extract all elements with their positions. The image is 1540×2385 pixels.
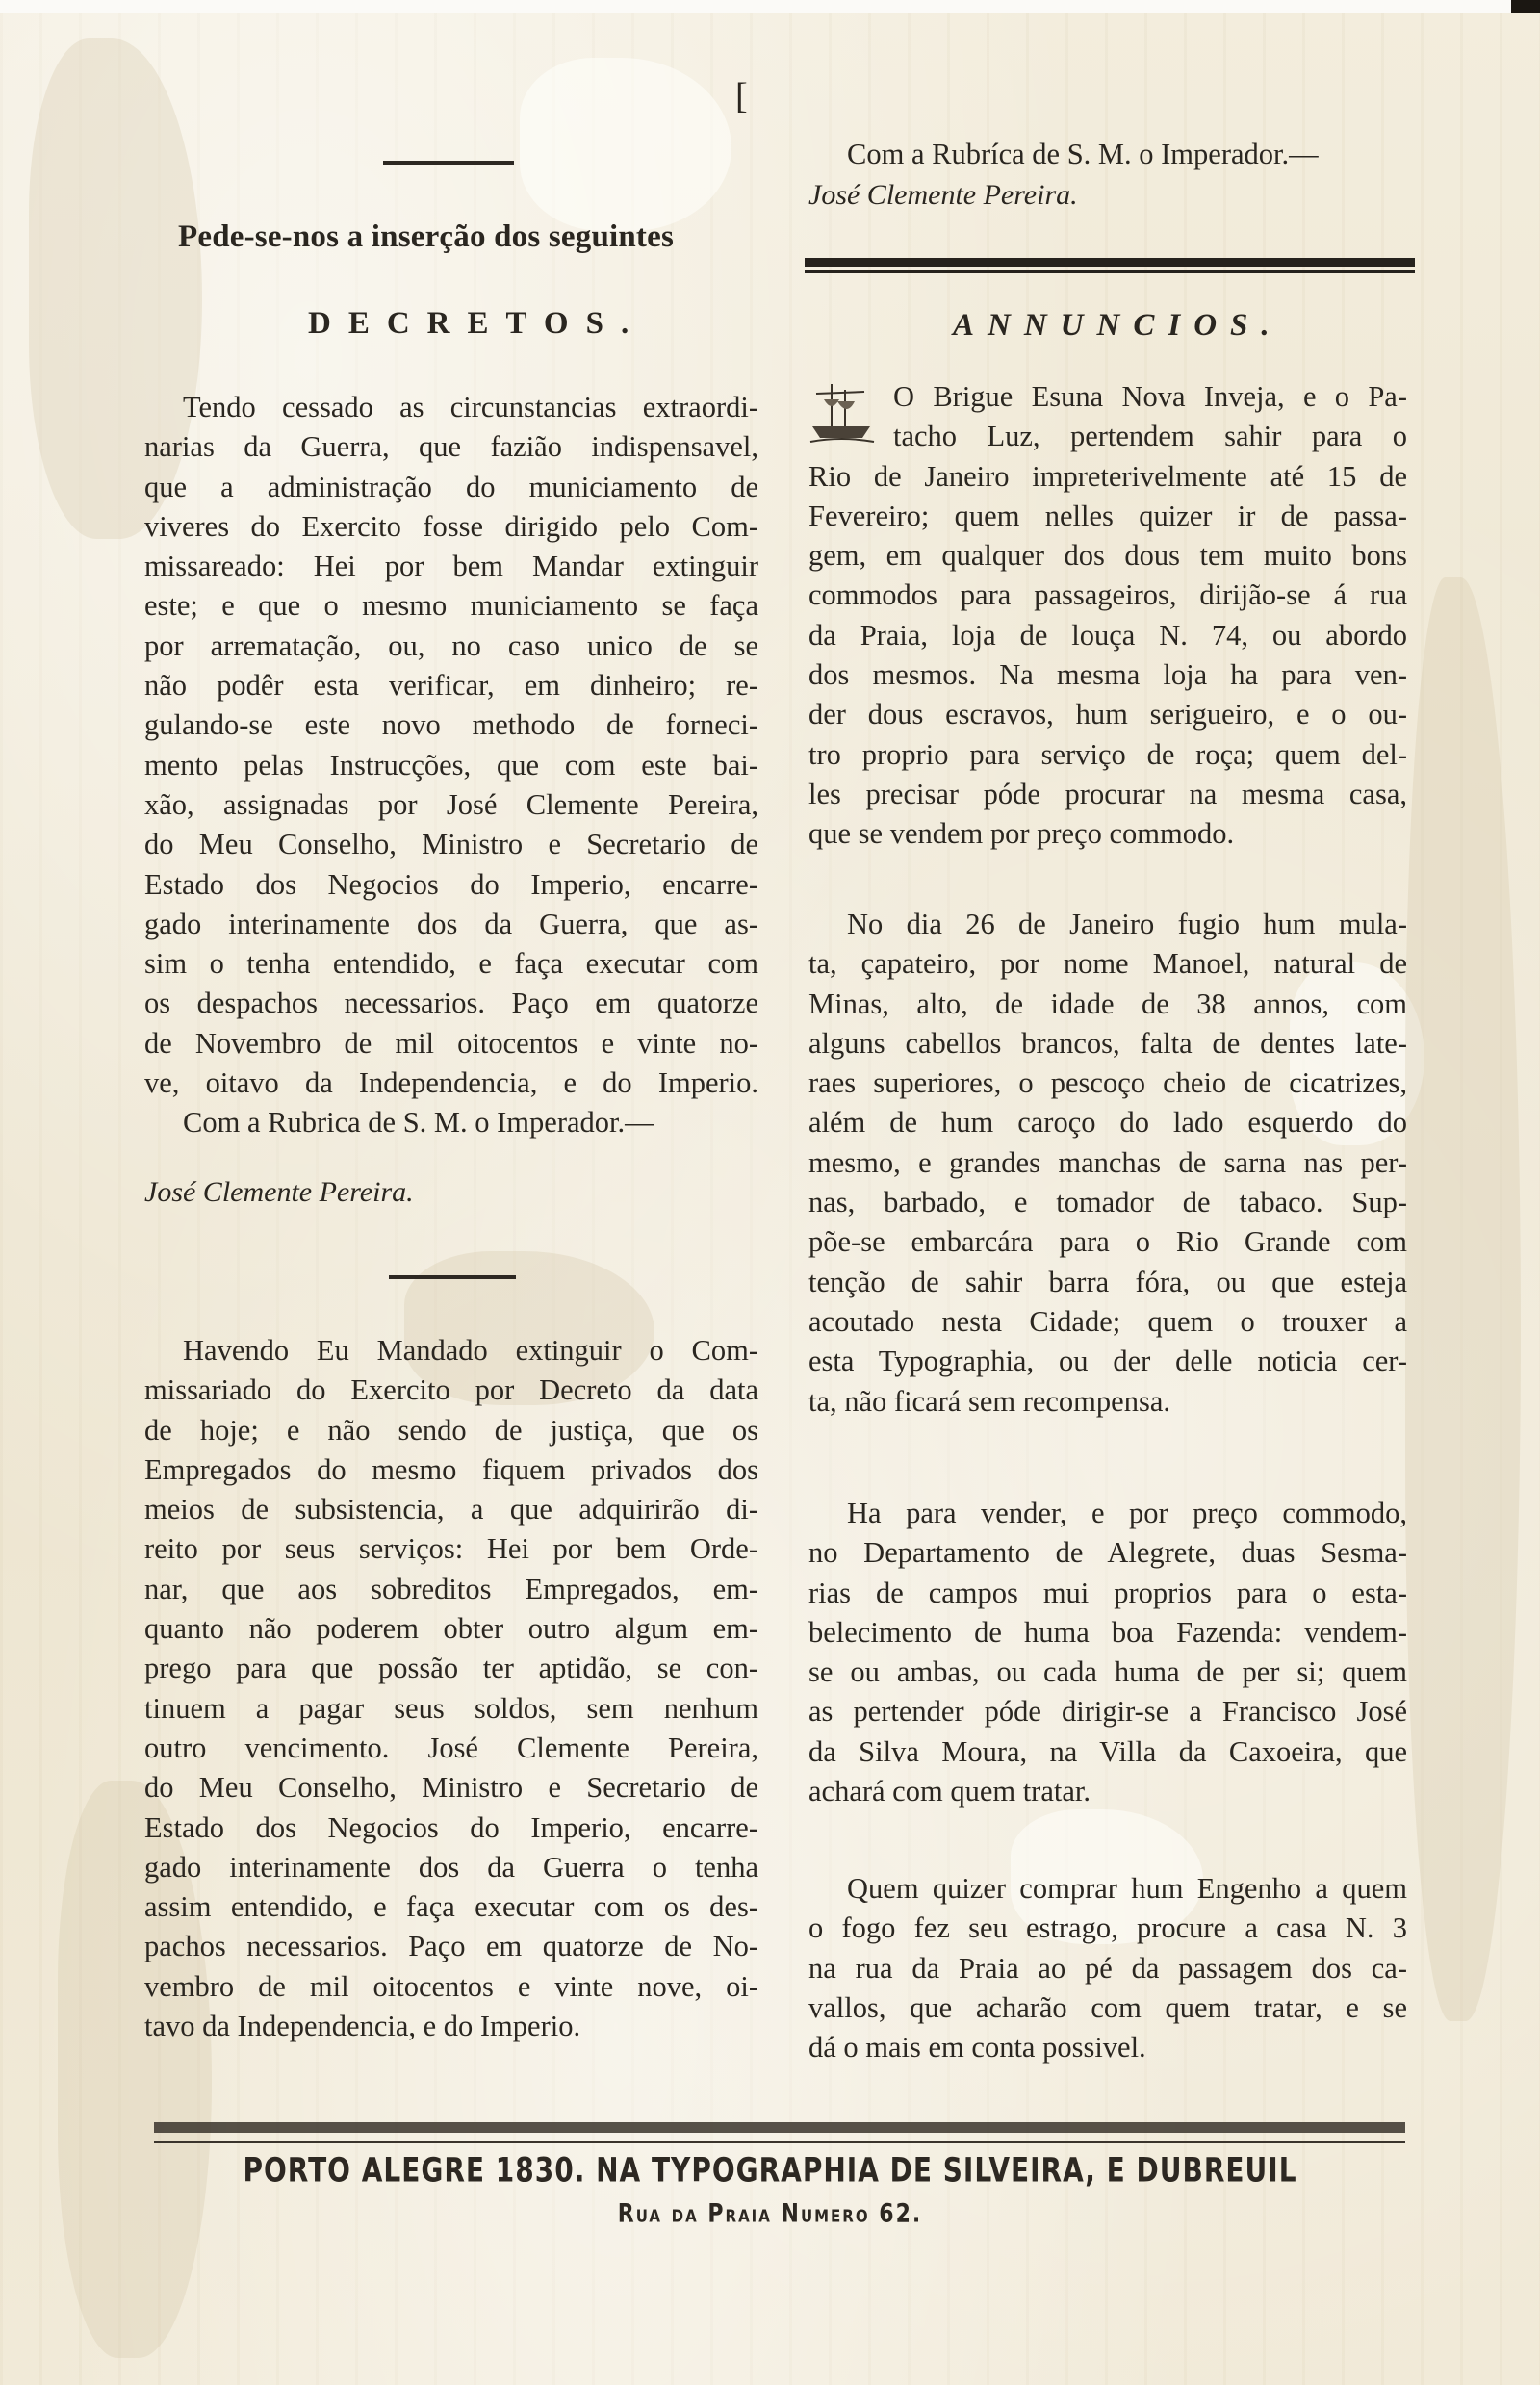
text-line: commodos para passageiros, dirijão-se á … [808, 576, 1407, 615]
ad-runaway-notice: No dia 26 de Janeiro fugio hum mula- ta,… [808, 905, 1407, 1422]
text-line: Empregados do mesmo fiquem privados dos [144, 1450, 758, 1490]
text-line: Minas, alto, de idade de 38 annos, com [808, 985, 1407, 1024]
section-rule [383, 161, 514, 165]
text-line: os despachos necessarios. Paço em quator… [144, 984, 758, 1023]
text-line: Estado dos Negocios do Imperio, encarre- [144, 865, 758, 905]
text-line: do Meu Conselho, Ministro e Secretario d… [144, 825, 758, 864]
text-line: ta, çapateiro, por nome Manoel, natural … [808, 944, 1407, 984]
text-line: Ha para vender, e por preço commodo, [808, 1494, 1407, 1533]
text-line: ve, oitavo da Independencia, e do Imperi… [144, 1064, 758, 1103]
text-line: gado interinamente dos da Guerra, que as… [144, 905, 758, 944]
text-line: narias da Guerra, que fazião indispensav… [144, 427, 758, 467]
text-line: xão, assignadas por José Clemente Pereir… [144, 785, 758, 825]
ad-mill-sale: Quem quizer comprar hum Engenho a quem o… [808, 1869, 1407, 2067]
text-line: que se vendem por preço commodo. [808, 814, 1407, 854]
text-line: raes superiores, o pescoço cheio de cica… [808, 1064, 1407, 1103]
text-line: não podêr esta verificar, em dinheiro; r… [144, 666, 758, 705]
text-line: da Silva Moura, na Villa da Caxoeira, qu… [808, 1732, 1407, 1772]
text-line: belecimento de huma boa Fazenda: vendem- [808, 1613, 1407, 1653]
text-line: gado interinamente dos da Guerra o tenha [144, 1848, 758, 1887]
text-line: reito por seus serviços: Hei por bem Ord… [144, 1529, 758, 1569]
text-line: No dia 26 de Janeiro fugio hum mula- [808, 905, 1407, 944]
announcements-heading: ANNUNCIOS. [953, 308, 1283, 344]
text-line: Fevereiro; quem nelles quizer ir de pass… [808, 497, 1407, 536]
text-line: que a administração do municiamento de [144, 468, 758, 507]
text-line: missariado do Exercito por Decreto da da… [144, 1371, 758, 1410]
text-line: meios de subsistencia, a que adquirirão … [144, 1490, 758, 1529]
text-line: do Meu Conselho, Ministro e Secretario d… [144, 1768, 758, 1808]
text-line: gulando-se este novo methodo de forneci- [144, 705, 758, 745]
text-line: por arrematação, ou, no caso unico de se [144, 627, 758, 666]
text-line: além de hum caroço do lado esquerdo do [808, 1103, 1407, 1142]
scan-edge [0, 0, 1540, 13]
newspaper-page: [ Pede-se-nos a inserção dos seguintes D… [0, 0, 1540, 2385]
printer-address: Rua da Praia Numero 62. [0, 2200, 1540, 2229]
text-line: achará com quem tratar. [808, 1772, 1407, 1811]
text-line: vembro de mil oitocentos e vinte nove, o… [144, 1967, 758, 2007]
text-line: dos mesmos. Na mesma loja ha para ven- [808, 655, 1407, 695]
text-line: quanto não poderem obter outro algum em- [144, 1609, 758, 1649]
text-line: rias de campos mui proprios para o esta- [808, 1574, 1407, 1613]
text-line: Quem quizer comprar hum Engenho a quem [808, 1869, 1407, 1909]
text-line: Havendo Eu Mandado extinguir o Com- [144, 1331, 758, 1371]
printer-imprint: PORTO ALEGRE 1830. NA TYPOGRAPHIA DE SIL… [0, 2150, 1540, 2190]
text-line: der dous escravos, hum serigueiro, e o o… [808, 695, 1407, 734]
text-line: na rua da Praia ao pé da passagem dos ca… [808, 1949, 1407, 1988]
text-line: dá o mais em conta possivel. [808, 2028, 1407, 2067]
water-stain [520, 58, 731, 231]
text-line: alguns cabellos brancos, falta de dentes… [808, 1024, 1407, 1064]
text-line: sim o tenha entendido, e faça executar c… [144, 944, 758, 984]
text-line: de hoje; e não sendo de justiça, que os [144, 1411, 758, 1450]
text-line: tavo da Independencia, e do Imperio. [144, 2007, 758, 2046]
text-line: outro vencimento. José Clemente Pereira, [144, 1729, 758, 1768]
text-line: tro proprio para serviço de roça; quem d… [808, 735, 1407, 775]
signature: José Clemente Pereira. [808, 179, 1078, 212]
text-line: Estado dos Negocios do Imperio, encarre- [144, 1808, 758, 1848]
text-line: no Departamento de Alegrete, duas Sesma- [808, 1533, 1407, 1573]
ad-land-sale: Ha para vender, e por preço commodo, no … [808, 1494, 1407, 1811]
ad-ship-departure: O Brigue Esuna Nova Inveja, e o Pa- tach… [808, 377, 1407, 855]
text-line: viveres do Exercito fosse dirigido pelo … [144, 507, 758, 547]
text-line: tacho Luz, pertendem sahir para o [808, 417, 1407, 456]
decree-2-text: Havendo Eu Mandado extinguir o Com- miss… [144, 1331, 758, 2046]
text-line: da Praia, loja de louça N. 74, ou abordo [808, 616, 1407, 655]
text-line: tenção de sahir barra fóra, ou que estej… [808, 1263, 1407, 1302]
text-line: gem, em qualquer dos dous tem muito bons [808, 536, 1407, 576]
text-line: tinuem a pagar seus soldos, sem nenhum [144, 1689, 758, 1729]
water-stain [1405, 577, 1521, 2021]
text-line: vallos, que acharão com quem tratar, e s… [808, 1988, 1407, 2028]
text-line: mesmo, e grandes manchas de sarna nas pe… [808, 1143, 1407, 1183]
text-line: de Novembro de mil oitocentos e vinte no… [144, 1024, 758, 1064]
text-line: pachos necessarios. Paço em quatorze de … [144, 1927, 758, 1966]
text-line: se ou ambas, ou cada huma de per si; que… [808, 1653, 1407, 1692]
rubric-line: Com a Rubríca de S. M. o Imperador.— [808, 135, 1405, 174]
text-line: Rio de Janeiro impreterivelmente até 15 … [808, 457, 1407, 497]
text-line: este; e que o mesmo municiamento se faça [144, 586, 758, 626]
text-line: les precisar póde procurar na mesma casa… [808, 775, 1407, 814]
text-line: prego para que possão ter aptidão, se co… [144, 1649, 758, 1688]
text-line: põe-se embarcára para o Rio Grande com [808, 1222, 1407, 1262]
intro-line: Pede-se-nos a inserção dos seguintes [178, 219, 674, 255]
decrees-heading: DECRETOS. [308, 306, 646, 342]
decree-1-text: Tendo cessado as circunstancias extraord… [144, 388, 758, 1143]
text-line: as pertender póde dirigir-se a Francisco… [808, 1692, 1407, 1731]
text-line: missareado: Hei por bem Mandar extinguir [144, 547, 758, 586]
text-line: o fogo fez seu estrago, procure a casa N… [808, 1909, 1407, 1948]
text-line: mento pelas Instrucções, que com este ba… [144, 746, 758, 785]
text-line: O Brigue Esuna Nova Inveja, e o Pa- [808, 377, 1407, 417]
footer-double-rule [154, 2122, 1405, 2143]
text-line: esta Typographia, ou der delle noticia c… [808, 1342, 1407, 1381]
page-marker: [ [735, 75, 748, 117]
text-line: assim entendido, e faça executar com os … [144, 1887, 758, 1927]
signature: José Clemente Pereira. [144, 1176, 414, 1209]
text-line: acoutado nesta Cidade; quem o trouxer a [808, 1302, 1407, 1342]
section-rule [389, 1275, 516, 1279]
text-line: ta, não ficará sem recompensa. [808, 1382, 1407, 1422]
text-line: Tendo cessado as circunstancias extraord… [144, 388, 758, 427]
text-line: nar, que aos sobreditos Empregados, em- [144, 1570, 758, 1609]
decree-1-close: Com a Rubríca de S. M. o Imperador.— [808, 135, 1405, 174]
text-line: nas, barbado, e tomador de tabaco. Sup- [808, 1183, 1407, 1222]
rubric-line: Com a Rubrica de S. M. o Imperador.— [144, 1103, 758, 1142]
section-double-rule [805, 258, 1415, 273]
